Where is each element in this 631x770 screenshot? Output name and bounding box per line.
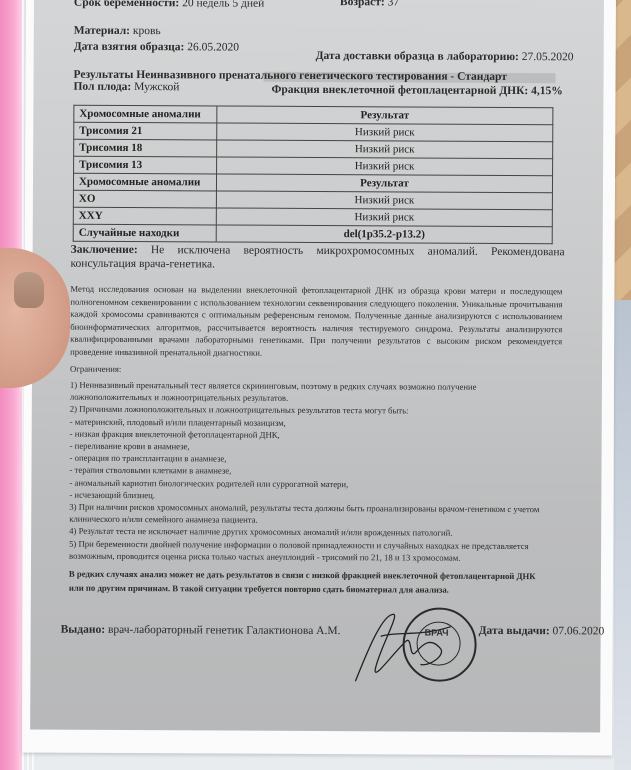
anomaly-name-cell: XXY xyxy=(73,207,216,225)
document-sheet: Срок беременности: 20 недель 5 дней Возр… xyxy=(22,0,616,756)
anomaly-name-cell: XO xyxy=(73,190,216,208)
fetal-fraction-line: Фракция внеклеточной фетоплацентарной ДН… xyxy=(271,84,562,98)
thumbnail xyxy=(14,272,44,308)
anomaly-name-cell: Случайные находки xyxy=(73,224,216,242)
anomaly-name-cell: Хромосомные аномалии xyxy=(73,173,216,191)
result-cell: Результат xyxy=(217,106,553,125)
result-cell: del(1p35.2-p13.2) xyxy=(216,225,552,244)
issued-line: Выдано: врач-лабораторный генетик Галакт… xyxy=(61,624,341,637)
anomaly-name-cell: Трисомия 18 xyxy=(74,139,217,157)
notice: В редких случаях анализ может не дать ре… xyxy=(69,567,569,598)
anomaly-name-cell: Хромосомные аномалии xyxy=(74,105,217,123)
gestation-line: Срок беременности: 20 недель 5 дней xyxy=(74,0,264,10)
anomaly-name-cell: Трисомия 13 xyxy=(74,156,217,174)
anomaly-name-cell: Трисомия 21 xyxy=(74,122,217,140)
fetal-sex-line: Пол плода: Мужской xyxy=(73,81,179,94)
sample-date-line: Дата взятия образца: 26.05.2020 xyxy=(74,41,239,54)
doctor-stamp: ВРАЧ xyxy=(402,607,476,681)
printed-area: Срок беременности: 20 недель 5 дней Возр… xyxy=(30,0,604,732)
result-cell: Низкий риск xyxy=(217,140,553,159)
issue-date-line: Дата выдачи: 07.06.2020 xyxy=(479,625,605,638)
result-cell: Низкий риск xyxy=(216,208,552,227)
table-row: Случайные находкиdel(1p35.2-p13.2) xyxy=(73,224,552,244)
conclusion: Заключение: Не исключена вероятность мик… xyxy=(71,243,565,274)
method-description: Метод исследования основан на выделении … xyxy=(70,283,562,361)
result-cell: Низкий риск xyxy=(217,157,553,176)
results-table: Хромосомные аномалииРезультатТрисомия 21… xyxy=(73,105,554,245)
limitations-title: Ограничения: xyxy=(70,364,121,374)
delivery-date-line: Дата доставки образца в лабораторию: 27.… xyxy=(316,50,574,63)
age-line: Возраст: 37 xyxy=(340,0,399,8)
material-line: Материал: кровь xyxy=(74,25,161,37)
result-cell: Результат xyxy=(216,174,552,193)
notice-line: или по другим причинам. В такой ситуации… xyxy=(69,581,569,598)
result-cell: Низкий риск xyxy=(216,191,552,210)
result-cell: Низкий риск xyxy=(217,123,553,142)
limitations-list: 1) Неинвазивный пренатальный тест являет… xyxy=(69,379,570,565)
